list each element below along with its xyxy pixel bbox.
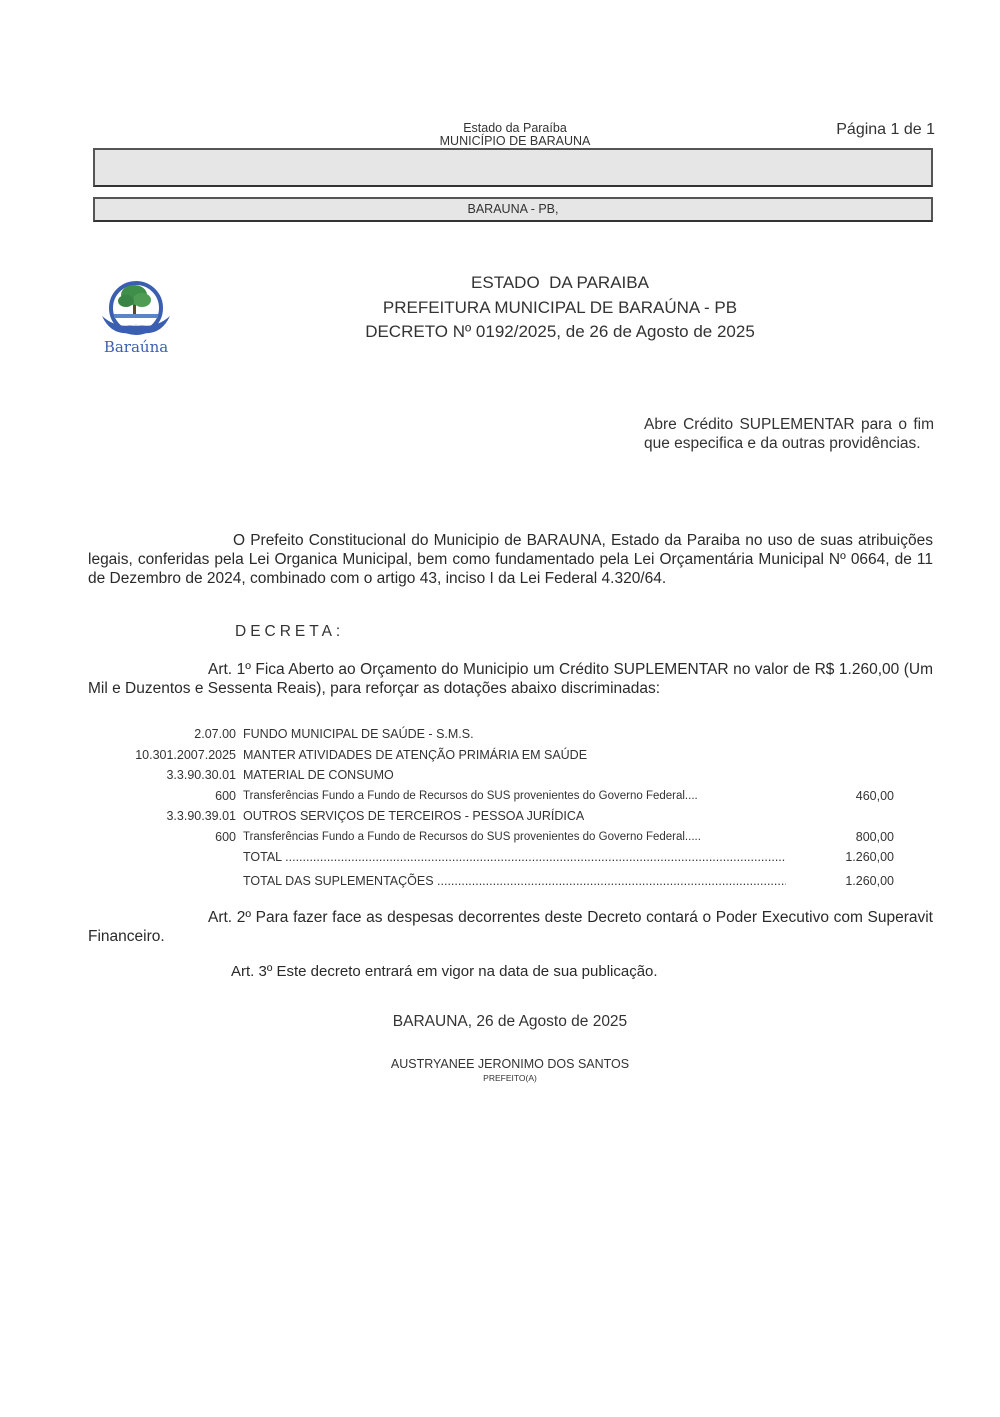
row-description: MATERIAL DE CONSUMO	[243, 765, 394, 785]
row-description: Transferências Fundo a Fundo de Recursos…	[243, 786, 698, 806]
row-description: FUNDO MUNICIPAL DE SAÚDE - S.M.S.	[243, 724, 474, 744]
row-value: 460,00	[856, 786, 894, 806]
total-label-wrap: TOTAL	[243, 847, 786, 867]
table-row: 10.301.2007.2025 MANTER ATIVIDADES DE AT…	[100, 745, 900, 766]
leader-dots	[434, 874, 786, 888]
leader-dots	[282, 850, 786, 864]
table-row: 600 Transferências Fundo a Fundo de Recu…	[100, 786, 900, 807]
article-1: Art. 1º Fica Aberto ao Orçamento do Muni…	[88, 660, 933, 698]
total-label: TOTAL	[243, 850, 282, 864]
signer-name: AUSTRYANEE JERONIMO DOS SANTOS	[330, 1057, 690, 1071]
intro-paragraph: O Prefeito Constitucional do Municipio d…	[88, 531, 933, 588]
total-value: 1.260,00	[845, 847, 894, 867]
grand-total-label-wrap: TOTAL DAS SUPLEMENTAÇÕES	[243, 871, 786, 891]
table-row: 3.3.90.39.01 OUTROS SERVIÇOS DE TERCEIRO…	[100, 806, 900, 827]
row-code: 3.3.90.39.01	[166, 806, 236, 826]
signer-role: PREFEITO(A)	[330, 1073, 690, 1083]
row-code: 600	[215, 827, 236, 847]
title-decree-number: DECRETO Nº 0192/2025, de 26 de Agosto de…	[330, 322, 790, 342]
title-state: ESTADO DA PARAIBA	[330, 273, 790, 293]
grand-total-row: TOTAL DAS SUPLEMENTAÇÕES 1.260,00	[100, 871, 900, 892]
city-date: BARAUNA, 26 de Agosto de 2025	[330, 1013, 690, 1031]
grand-total-label: TOTAL DAS SUPLEMENTAÇÕES	[243, 874, 434, 888]
allocations-table: 2.07.00 FUNDO MUNICIPAL DE SAÚDE - S.M.S…	[100, 724, 900, 891]
grand-total-value: 1.260,00	[845, 871, 894, 891]
row-code: 3.3.90.30.01	[166, 765, 236, 785]
row-code: 600	[215, 786, 236, 806]
municipality-logo: Baraúna	[98, 278, 178, 362]
row-value: 800,00	[856, 827, 894, 847]
table-row: 2.07.00 FUNDO MUNICIPAL DE SAÚDE - S.M.S…	[100, 724, 900, 745]
table-row: 3.3.90.30.01 MATERIAL DE CONSUMO	[100, 765, 900, 786]
baraúna-emblem-icon	[98, 278, 174, 340]
header-municipality: MUNICÍPIO DE BARAUNA	[400, 135, 630, 148]
row-description: MANTER ATIVIDADES DE ATENÇÃO PRIMÁRIA EM…	[243, 745, 587, 765]
table-row: 600 Transferências Fundo a Fundo de Recu…	[100, 827, 900, 848]
logo-text: Baraúna	[98, 338, 174, 356]
row-code: 10.301.2007.2025	[135, 745, 236, 765]
row-description: Transferências Fundo a Fundo de Recursos…	[243, 827, 701, 847]
row-code: 2.07.00	[194, 724, 236, 744]
header-state-municipality: Estado da Paraíba MUNICÍPIO DE BARAUNA	[400, 122, 630, 148]
row-description: OUTROS SERVIÇOS DE TERCEIROS - PESSOA JU…	[243, 806, 584, 826]
article-2: Art. 2º Para fazer face as despesas deco…	[88, 908, 933, 946]
header-blank-box	[93, 148, 933, 187]
decreta-heading: DECRETA:	[235, 623, 344, 641]
title-prefeitura: PREFEITURA MUNICIPAL DE BARAÚNA - PB	[330, 298, 790, 318]
location-box: BARAUNA - PB,	[93, 197, 933, 222]
decree-summary: Abre Crédito SUPLEMENTAR para o fim que …	[644, 415, 934, 453]
page-indicator: Página 1 de 1	[800, 121, 935, 139]
total-row: TOTAL 1.260,00	[100, 847, 900, 868]
article-3: Art. 3º Este decreto entrará em vigor na…	[231, 963, 658, 980]
